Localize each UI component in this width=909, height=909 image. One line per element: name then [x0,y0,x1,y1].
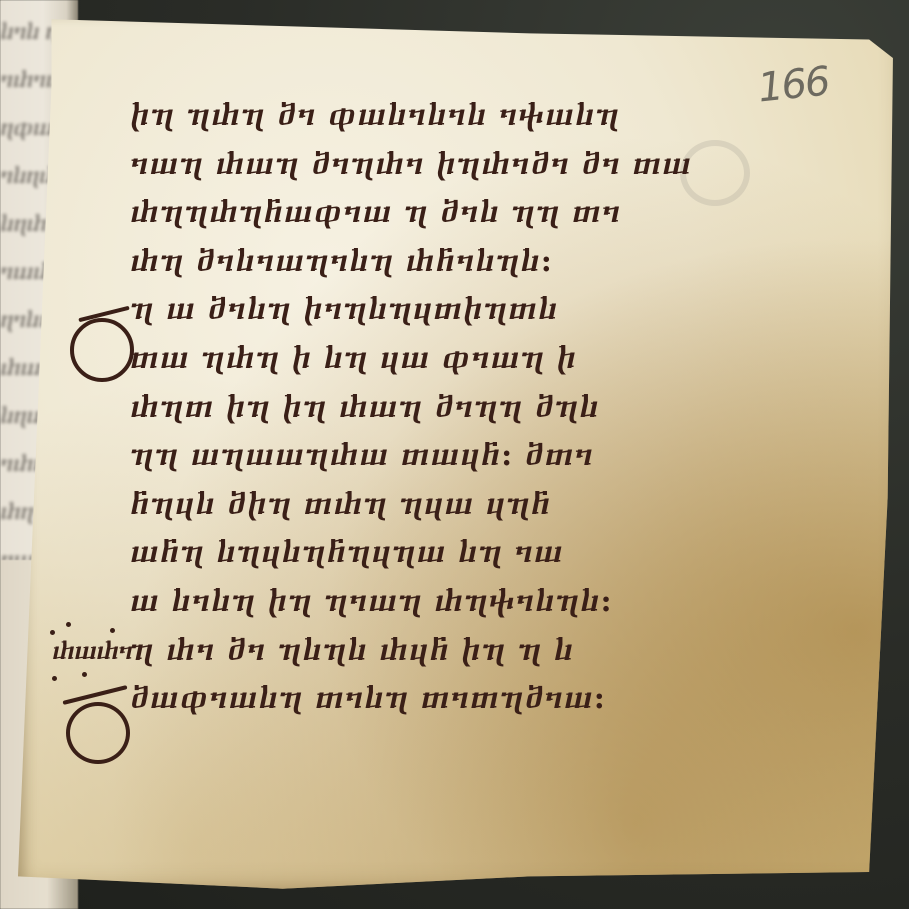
folio-number: 166 [756,58,831,111]
text-line-10: ⴍⴌⴄ ⴑⴄⴗⴑⴄⴌⴄⴗⴄⴍ ⴑⴄ ⴈⴍ [130,533,690,582]
marginal-dot [66,622,71,627]
marginal-dot [110,628,115,633]
marginal-dot [52,676,57,681]
marginal-dot [82,672,87,677]
text-line-7: ⴐⴄⴇ ⴙⴄ ⴙⴄ ⴐⴍⴄ ⴋⴈⴄⴄ ⴋⴄⴑ [130,388,690,437]
text-line-11: ⴍ ⴑⴈⴑⴄ ⴙⴄ ⴄⴈⴍⴄ ⴐⴄⴕⴈⴑⴄⴑ: [130,582,690,631]
text-line-13: ⴋⴍⴔⴈⴍⴑⴄ ⴇⴈⴑⴄ ⴇⴈⴇⴄⴋⴈⴍ: [130,679,690,728]
initial-loop [66,702,130,764]
text-line-5: ⴄ ⴍ ⴋⴈⴑⴄ ⴙⴈⴄⴑⴄⴗⴇⴙⴄⴇⴑ [130,290,690,339]
initial-loop [70,318,134,382]
text-line-4: ⴐⴄ ⴋⴈⴑⴈⴍⴄⴈⴑⴄ ⴐⴌⴈⴑⴄⴑ: [130,242,690,291]
text-line-6: ⴇⴍ ⴄⴐⴄ ⴙ ⴑⴄ ⴗⴍ ⴔⴈⴍⴄ ⴙ [130,339,690,388]
text-line-3: ⴐⴄⴄⴐⴄⴌⴍⴔⴈⴍ ⴄ ⴋⴈⴑ ⴄⴄ ⴇⴈ [130,193,690,242]
text-line-9: ⴌⴄⴗⴑ ⴋⴙⴄ ⴇⴐⴄ ⴄⴗⴍ ⴗⴄⴌ [130,485,690,534]
marginal-note: ⴐⴍⴐⴈ [52,636,132,665]
text-line-8: ⴄⴄ ⴍⴄⴍⴍⴄⴐⴍ ⴇⴍⴗⴌ: ⴋⴇⴈ [130,436,690,485]
text-line-2: ⴈⴍⴄ ⴐⴍⴄ ⴋⴈⴄⴐⴈ ⴙⴄⴐⴈⴋⴈ ⴋⴈ ⴇⴍ [130,145,690,194]
text-line-1: ⴙⴄ ⴄⴐⴄ ⴋⴈ ⴔⴍⴑⴈⴑⴈⴑ ⴈⴕⴍⴑⴄ [130,96,690,145]
text-line-12: ⴄ ⴐⴈ ⴋⴈ ⴄⴑⴄⴑ ⴐⴗⴌ ⴙⴄ ⴄ ⴑ [130,631,690,680]
manuscript-text-block: ⴙⴄ ⴄⴐⴄ ⴋⴈ ⴔⴍⴑⴈⴑⴈⴑ ⴈⴕⴍⴑⴄ ⴈⴍⴄ ⴐⴍⴄ ⴋⴈⴄⴐⴈ ⴙⴄ… [130,96,690,728]
marginal-dot [50,630,55,635]
